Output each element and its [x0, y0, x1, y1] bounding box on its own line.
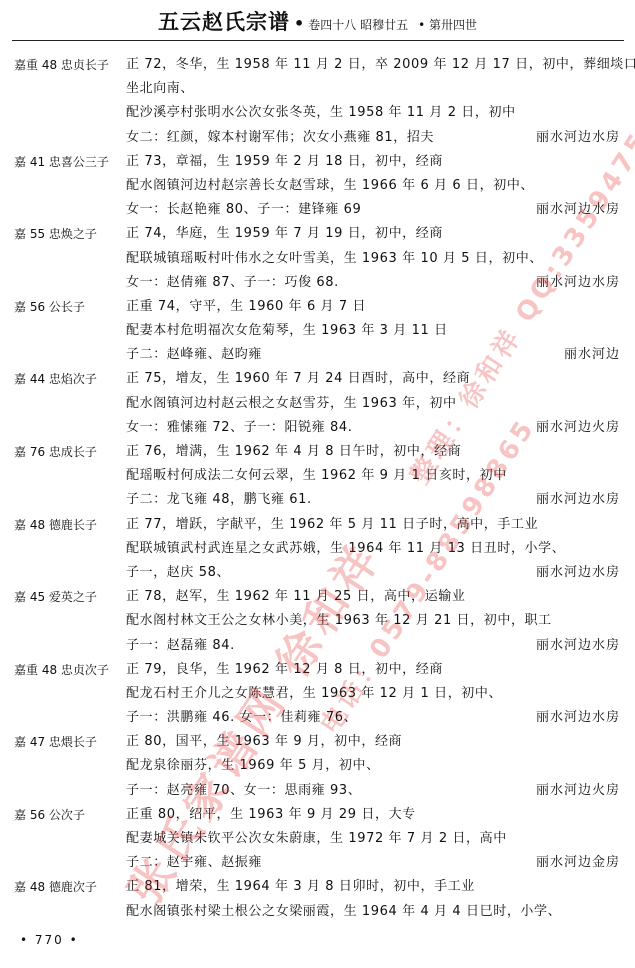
- entry-main-record: 正 76，增满，生 1962 年 4 月 8 日午时，初中，经商: [126, 440, 461, 464]
- entry-line: 子二：龙飞雍 48，鹏飞雍 61.丽水河边水房: [0, 488, 635, 512]
- entry-line: 正 73，章福，生 1959 年 2 月 18 日，初中，经商: [0, 150, 635, 174]
- entry-main-record: 正重 80，绍平，生 1963 年 9 月 29 日，大专: [126, 803, 416, 827]
- entry-detail-text: 配瑶畈村何成法二女何云翠，生 1962 年 9 月 1 日亥时，初中: [126, 464, 507, 488]
- entry-line: 正 77，增跃，字献平，生 1962 年 5 月 11 日子时，高中，手工业: [0, 513, 635, 537]
- entry-detail-text: 子一：赵磊雍 84.: [126, 634, 235, 658]
- entry-detail-text: 配水阁村林文王公之女林小美，生 1963 年 12 月 21 日，初中，职工: [126, 609, 552, 633]
- entry-line: 配联城镇武村武连星之女武苏娥，生 1964 年 11 月 13 日丑时，小学、: [0, 537, 635, 561]
- genealogy-entry: 嘉重 48 忠贞次子正 79，良华，生 1962 年 12 月 8 日，初中，经…: [0, 658, 635, 731]
- entry-detail-text: 坐北向南、: [126, 77, 194, 101]
- entry-line: 配瑶畈村何成法二女何云翠，生 1962 年 9 月 1 日亥时，初中: [0, 464, 635, 488]
- entry-main-record: 正 79，良华，生 1962 年 12 月 8 日，初中，经商: [126, 658, 443, 682]
- entry-line: 子一：赵亮雍 70、女一：思雨雍 93、丽水河边火房: [0, 779, 635, 803]
- entry-detail-text: 女一：赵倩雍 87、子一：巧俊 68.: [126, 271, 339, 295]
- entry-main-record: 正重 74，守平，生 1960 年 6 月 7 日: [126, 295, 366, 319]
- entry-line: 子一，赵庆 58、丽水河边水房: [0, 561, 635, 585]
- entry-line: 正 72，冬华，生 1958 年 11 月 2 日，卒 2009 年 12 月 …: [0, 53, 635, 77]
- entry-detail-text: 配龙石村王介儿之女陈慧君，生 1963 年 12 月 1 日，初中、: [126, 682, 502, 706]
- header-rule: [12, 40, 624, 41]
- entry-branch-label: 丽水河边水房: [536, 271, 620, 295]
- page-header: 五云赵氏宗谱•卷四十八 昭穆廿五• 第卅四世: [0, 6, 635, 36]
- genealogy-title: 五云赵氏宗谱: [158, 9, 290, 34]
- genealogy-entry: 嘉 55 忠焕之子正 74，华庭，生 1959 年 7 月 19 日，初中，经商…: [0, 222, 635, 295]
- volume-label: 卷四十八 昭穆廿五: [308, 18, 408, 32]
- entry-line: 女一：长赵艳雍 80、子一：建锋雍 69丽水河边水房: [0, 198, 635, 222]
- entry-line: 配水阁镇河边村赵宗善长女赵雪球，生 1966 年 6 月 6 日，初中、: [0, 174, 635, 198]
- entry-detail-text: 子二：赵宇雍、赵振雍: [126, 851, 262, 875]
- entry-branch-label: 丽水河边水房: [536, 126, 620, 150]
- entry-branch-label: 丽水河边水房: [536, 488, 620, 512]
- entry-line: 正 74，华庭，生 1959 年 7 月 19 日，初中，经商: [0, 222, 635, 246]
- genealogy-entry: 嘉重 48 忠贞长子正 72，冬华，生 1958 年 11 月 2 日，卒 20…: [0, 53, 635, 150]
- entry-detail-text: 女二：红颜，嫁本村谢军伟；次女小燕雍 81，招夫: [126, 126, 434, 150]
- genealogy-entry: 嘉 45 爱英之子正 78，赵军，生 1962 年 11 月 25 日，高中，运…: [0, 585, 635, 658]
- entry-main-record: 正 74，华庭，生 1959 年 7 月 19 日，初中，经商: [126, 222, 443, 246]
- entry-branch-label: 丽水河边火房: [536, 779, 620, 803]
- entry-branch-label: 丽水河边: [564, 343, 620, 367]
- entry-line: 正 76，增满，生 1962 年 4 月 8 日午时，初中，经商: [0, 440, 635, 464]
- genealogy-entry: 嘉 76 忠成长子正 76，增满，生 1962 年 4 月 8 日午时，初中，经…: [0, 440, 635, 513]
- entry-line: 子二：赵峰雍、赵昀雍丽水河边: [0, 343, 635, 367]
- entry-detail-text: 女一：长赵艳雍 80、子一：建锋雍 69: [126, 198, 361, 222]
- entry-detail-text: 配水阁镇河边村赵宗善长女赵雪球，生 1966 年 6 月 6 日，初中、: [126, 174, 534, 198]
- genealogy-entry: 嘉 48 德鹿次子正 81，增荣，生 1964 年 3 月 8 日卯时，初中，手…: [0, 875, 635, 923]
- entry-detail-text: 子一：赵亮雍 70、女一：思雨雍 93、: [126, 779, 361, 803]
- entry-detail-text: 子一：洪鹏雍 46. 女一：佳莉雍 76、: [126, 706, 357, 730]
- entry-line: 配妻本村危明福次女危菊琴，生 1963 年 3 月 11 日: [0, 319, 635, 343]
- entry-main-record: 正 72，冬华，生 1958 年 11 月 2 日，卒 2009 年 12 月 …: [126, 53, 635, 77]
- entry-line: 女一：赵倩雍 87、子一：巧俊 68.丽水河边水房: [0, 271, 635, 295]
- entry-main-record: 正 78，赵军，生 1962 年 11 月 25 日，高中，运输业: [126, 585, 465, 609]
- entry-line: 配沙溪亭村张明水公次女张冬英，生 1958 年 11 月 2 日，初中: [0, 101, 635, 125]
- entry-detail-text: 子二：赵峰雍、赵昀雍: [126, 343, 262, 367]
- entry-line: 配龙石村王介儿之女陈慧君，生 1963 年 12 月 1 日，初中、: [0, 682, 635, 706]
- entry-detail-text: 子一，赵庆 58、: [126, 561, 230, 585]
- entry-branch-label: 丽水河边金房: [536, 851, 620, 875]
- entry-branch-label: 丽水河边火房: [536, 416, 620, 440]
- entries-list: 嘉重 48 忠贞长子正 72，冬华，生 1958 年 11 月 2 日，卒 20…: [0, 53, 635, 924]
- entry-detail-text: 配龙泉徐丽芬，生 1969 年 5 月，初中、: [126, 754, 380, 778]
- genealogy-entry: 嘉 56 公次子正重 80，绍平，生 1963 年 9 月 29 日，大专配妻城…: [0, 803, 635, 876]
- entry-main-record: 正 73，章福，生 1959 年 2 月 18 日，初中，经商: [126, 150, 443, 174]
- genealogy-entry: 嘉 47 忠煨长子正 80，国平，生 1963 年 9 月，初中，经商配龙泉徐丽…: [0, 730, 635, 803]
- genealogy-entry: 嘉 41 忠喜公三子正 73，章福，生 1959 年 2 月 18 日，初中，经…: [0, 150, 635, 223]
- entry-line: 女二：红颜，嫁本村谢军伟；次女小燕雍 81，招夫丽水河边水房: [0, 126, 635, 150]
- entry-line: 正 75，增友，生 1960 年 7 月 24 日酉时，高中，经商: [0, 367, 635, 391]
- entry-branch-label: 丽水河边水房: [536, 706, 620, 730]
- entry-line: 配龙泉徐丽芬，生 1969 年 5 月，初中、: [0, 754, 635, 778]
- entry-detail-text: 子二：龙飞雍 48，鹏飞雍 61.: [126, 488, 312, 512]
- entry-detail-text: 配水阁镇河边村赵云根之女赵雪芬，生 1963 年，初中: [126, 392, 457, 416]
- genealogy-entry: 嘉 48 德鹿长子正 77，增跃，字献平，生 1962 年 5 月 11 日子时…: [0, 513, 635, 586]
- entry-main-record: 正 75，增友，生 1960 年 7 月 24 日酉时，高中，经商: [126, 367, 470, 391]
- entry-branch-label: 丽水河边水房: [536, 634, 620, 658]
- entry-detail-text: 女一：雅愫雍 72、子一：阳锐雍 84.: [126, 416, 352, 440]
- entry-main-record: 正 81，增荣，生 1964 年 3 月 8 日卯时，初中，手工业: [126, 875, 475, 899]
- entry-line: 配水阁镇河边村赵云根之女赵雪芬，生 1963 年，初中: [0, 392, 635, 416]
- genealogy-entry: 嘉 56 公长子正重 74，守平，生 1960 年 6 月 7 日配妻本村危明福…: [0, 295, 635, 368]
- page-number: • 770 •: [20, 933, 79, 947]
- genealogy-entry: 嘉 44 忠焰次子正 75，增友，生 1960 年 7 月 24 日酉时，高中，…: [0, 367, 635, 440]
- entry-line: 正 78，赵军，生 1962 年 11 月 25 日，高中，运输业: [0, 585, 635, 609]
- entry-line: 坐北向南、: [0, 77, 635, 101]
- entry-main-record: 正 80，国平，生 1963 年 9 月，初中，经商: [126, 730, 402, 754]
- entry-line: 女一：雅愫雍 72、子一：阳锐雍 84.丽水河边火房: [0, 416, 635, 440]
- entry-line: 正重 74，守平，生 1960 年 6 月 7 日: [0, 295, 635, 319]
- entry-line: 正重 80，绍平，生 1963 年 9 月 29 日，大专: [0, 803, 635, 827]
- entry-line: 正 79，良华，生 1962 年 12 月 8 日，初中，经商: [0, 658, 635, 682]
- separator-dot: •: [294, 14, 304, 33]
- entry-main-record: 正 77，增跃，字献平，生 1962 年 5 月 11 日子时，高中，手工业: [126, 513, 538, 537]
- entry-detail-text: 配妻城关镇朱钦平公次女朱蔚康，生 1972 年 7 月 2 日，高中: [126, 827, 507, 851]
- entry-branch-label: 丽水河边水房: [536, 198, 620, 222]
- entry-detail-text: 配妻本村危明福次女危菊琴，生 1963 年 3 月 11 日: [126, 319, 448, 343]
- entry-line: 子一：洪鹏雍 46. 女一：佳莉雍 76、丽水河边水房: [0, 706, 635, 730]
- entry-line: 正 81，增荣，生 1964 年 3 月 8 日卯时，初中，手工业: [0, 875, 635, 899]
- entry-line: 配联城镇瑶畈村叶伟水之女叶雪美，生 1963 年 10 月 5 日，初中、: [0, 247, 635, 271]
- entry-line: 配水阁镇张村梁土根公之女梁丽霞，生 1964 年 4 月 4 日巳时，小学、: [0, 900, 635, 924]
- entry-detail-text: 配沙溪亭村张明水公次女张冬英，生 1958 年 11 月 2 日，初中: [126, 101, 516, 125]
- entry-line: 正 80，国平，生 1963 年 9 月，初中，经商: [0, 730, 635, 754]
- generation-label: • 第卅四世: [418, 18, 477, 32]
- entry-detail-text: 配水阁镇张村梁土根公之女梁丽霞，生 1964 年 4 月 4 日巳时，小学、: [126, 900, 561, 924]
- entry-line: 配妻城关镇朱钦平公次女朱蔚康，生 1972 年 7 月 2 日，高中: [0, 827, 635, 851]
- entry-detail-text: 配联城镇武村武连星之女武苏娥，生 1964 年 11 月 13 日丑时，小学、: [126, 537, 565, 561]
- entry-line: 配水阁村林文王公之女林小美，生 1963 年 12 月 21 日，初中，职工: [0, 609, 635, 633]
- entry-line: 子二：赵宇雍、赵振雍丽水河边金房: [0, 851, 635, 875]
- entry-line: 子一：赵磊雍 84.丽水河边水房: [0, 634, 635, 658]
- entry-branch-label: 丽水河边水房: [536, 561, 620, 585]
- entry-detail-text: 配联城镇瑶畈村叶伟水之女叶雪美，生 1963 年 10 月 5 日，初中、: [126, 247, 543, 271]
